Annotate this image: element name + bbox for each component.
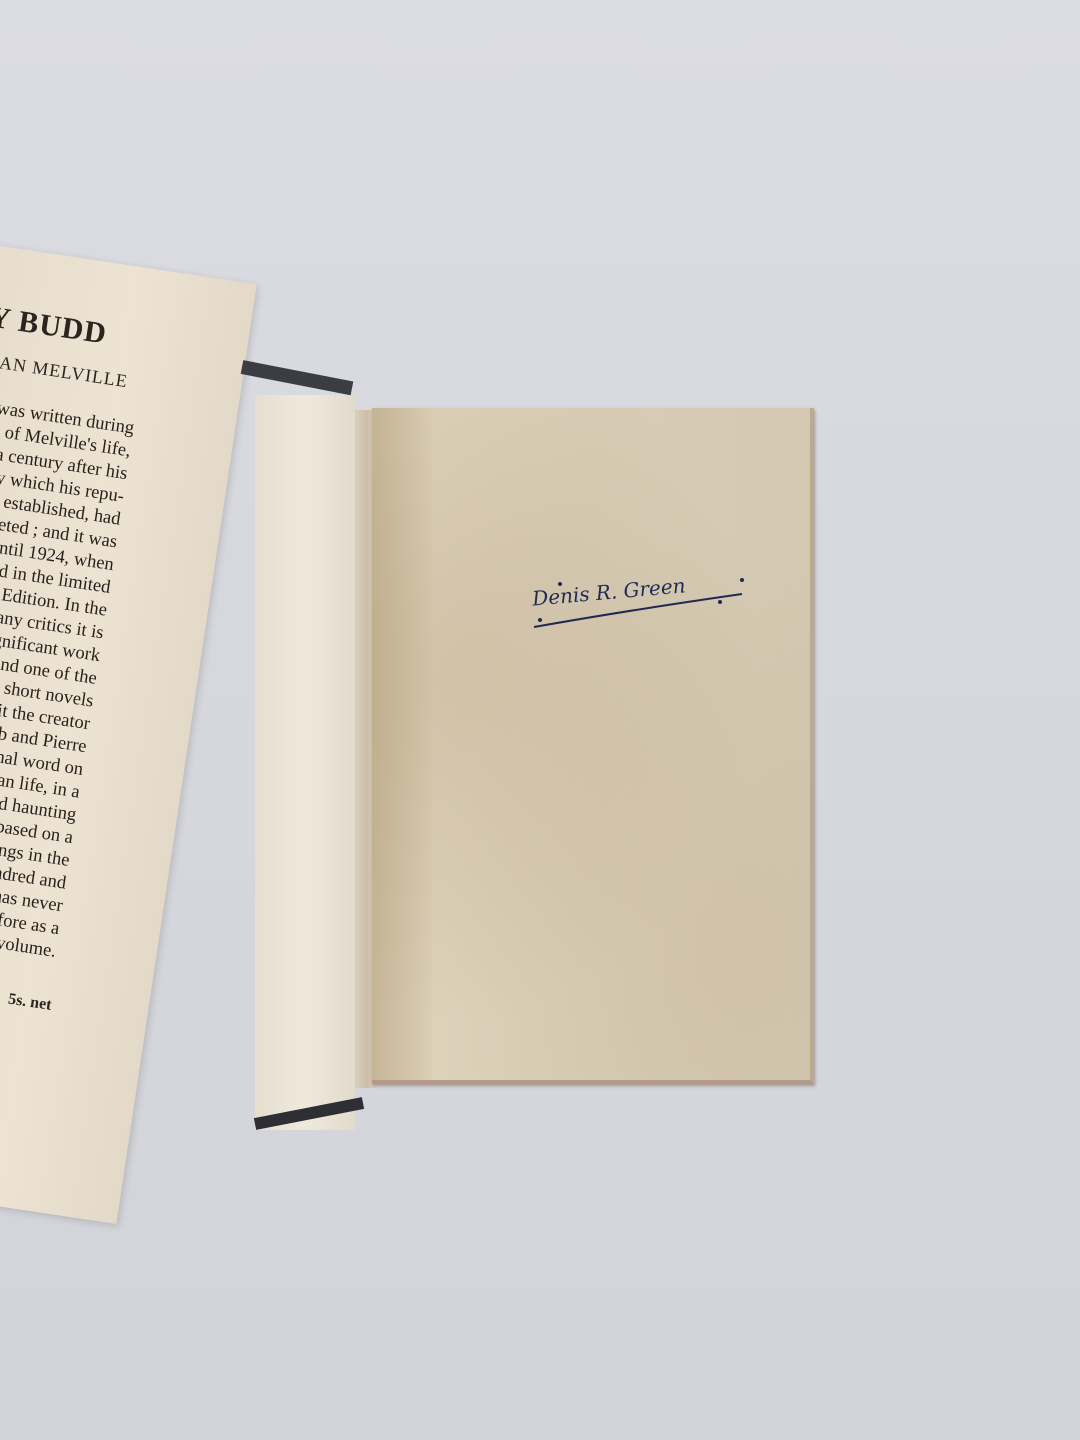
flap-blurb: dd was written during years of Melville'… [0, 385, 136, 963]
free-endpaper [372, 408, 814, 1084]
flap-author: MAN MELVILLE [0, 350, 129, 392]
foxing-stain [372, 408, 432, 1080]
photo-scene: Y BUDD MAN MELVILLE dd was written durin… [0, 0, 1080, 1440]
flap-price: 5s. net [7, 991, 53, 1015]
inside-cover-board [255, 395, 355, 1130]
cover-edge-top [241, 360, 354, 395]
flap-title: Y BUDD [0, 300, 109, 351]
dust-jacket-flap: Y BUDD MAN MELVILLE dd was written durin… [0, 240, 257, 1224]
ink-signature: Denis R. Green [530, 572, 750, 632]
